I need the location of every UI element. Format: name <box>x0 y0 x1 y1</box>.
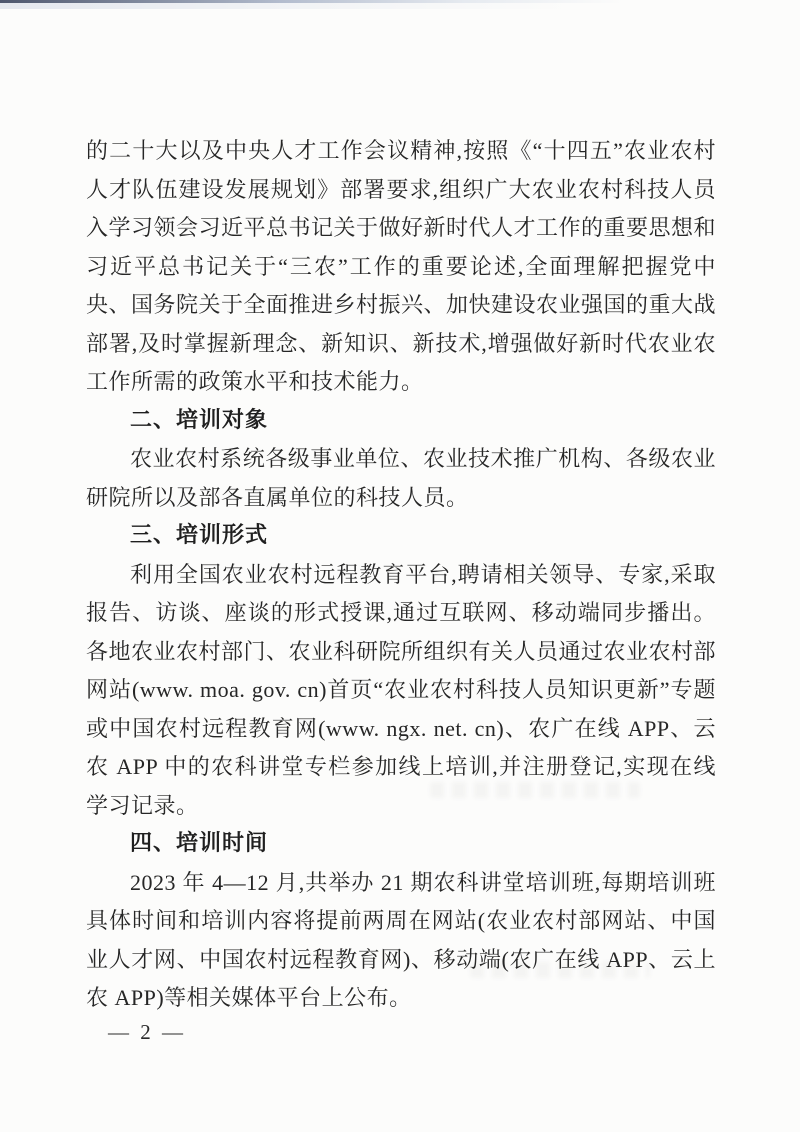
text-line: 习近平总书记关于“三农”工作的重要论述,全面理解把握党中 <box>86 248 716 287</box>
text-line: 业人才网、中国农村远程教育网)、移动端(农广在线 APP、云上智 <box>86 941 716 980</box>
text-line: 入学习领会习近平总书记关于做好新时代人才工作的重要思想和 <box>86 209 716 248</box>
text-line: 人才队伍建设发展规划》部署要求,组织广大农业农村科技人员深 <box>86 171 716 210</box>
section-heading: 二、培训对象 <box>86 402 716 441</box>
text-line: 农 APP)等相关媒体平台上公布。 <box>86 979 716 1018</box>
section-heading: 四、培训时间 <box>86 825 716 864</box>
text-line: 各地农业农村部门、农业科研院所组织有关人员通过农业农村部 <box>86 633 716 672</box>
text-line: 网站(www. moa. gov. cn)首页“农业农村科技人员知识更新”专题 <box>86 671 716 710</box>
text-line: 农业农村系统各级事业单位、农业技术推广机构、各级农业科 <box>86 440 716 479</box>
text-line: 学习记录。 <box>86 787 716 826</box>
text-line: 工作所需的政策水平和技术能力。 <box>86 363 716 402</box>
text-line: 部署,及时掌握新理念、新知识、新技术,增强做好新时代农业农村 <box>86 325 716 364</box>
text-line: 农 APP 中的农科讲堂专栏参加线上培训,并注册登记,实现在线 <box>86 748 716 787</box>
text-line: 的二十大以及中央人才工作会议精神,按照《“十四五”农业农村 <box>86 132 716 171</box>
text-line: 报告、访谈、座谈的形式授课,通过互联网、移动端同步播出。鼓励 <box>86 594 716 633</box>
section-heading: 三、培训形式 <box>86 517 716 556</box>
scan-edge-haze <box>0 3 576 9</box>
scanned-document-page: 的二十大以及中央人才工作会议精神,按照《“十四五”农业农村人才队伍建设发展规划》… <box>0 0 800 1132</box>
text-line: 2023 年 4—12 月,共举办 21 期农科讲堂培训班,每期培训班 <box>86 864 716 903</box>
text-line: 研院所以及部各直属单位的科技人员。 <box>86 479 716 518</box>
page-number-footer: — 2 — <box>108 1020 186 1044</box>
document-body: 的二十大以及中央人才工作会议精神,按照《“十四五”农业农村人才队伍建设发展规划》… <box>86 132 716 1018</box>
text-line: 或中国农村远程教育网(www. ngx. net. cn)、农广在线 APP、云… <box>86 710 716 749</box>
text-line: 央、国务院关于全面推进乡村振兴、加快建设农业强国的重大战略 <box>86 286 716 325</box>
text-line: 利用全国农业农村远程教育平台,聘请相关领导、专家,采取 <box>86 556 716 595</box>
text-line: 具体时间和培训内容将提前两周在网站(农业农村部网站、中国农 <box>86 902 716 941</box>
